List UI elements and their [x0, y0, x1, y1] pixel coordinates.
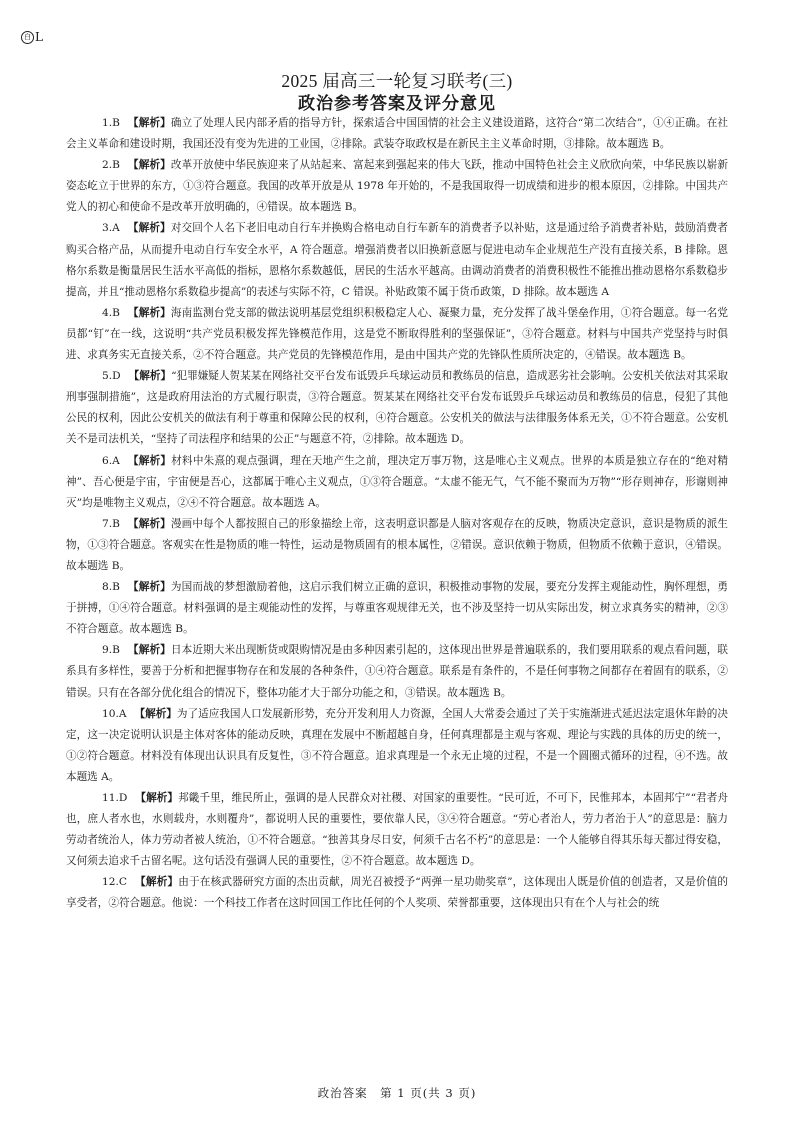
question-number: 10.A [102, 708, 127, 720]
corner-mark-text: L [35, 30, 43, 44]
analysis-tag: 【解析】 [135, 876, 178, 888]
answer-item: 7.B【解析】漫画中每个人都按照自己的形象描绘上帝，这表明意识都是人脑对客观存在… [66, 514, 728, 577]
question-number: 8.B [102, 581, 120, 593]
answer-item: 11.D【解析】邦畿千里，维民所止，强调的是人民群众对社稷、对国家的重要性。“民… [66, 788, 728, 872]
exam-title: 2025 届高三一轮复习联考(三) [0, 70, 794, 92]
answer-item: 6.A【解析】材料中朱熹的观点强调，理在天地产生之前，理决定万事万物，这是唯心主… [66, 451, 728, 514]
analysis-tag: 【解析】 [128, 159, 171, 171]
answer-item: 1.B【解析】确立了处理人民内部矛盾的指导方针，探索适合中国国情的社会主义建设道… [66, 113, 728, 155]
analysis-tag: 【解析】 [128, 117, 171, 129]
question-number: 1.B [102, 117, 120, 129]
answer-list: 1.B【解析】确立了处理人民内部矛盾的指导方针，探索适合中国国情的社会主义建设道… [66, 113, 728, 915]
analysis-tag: 【解析】 [128, 644, 171, 656]
answer-item: 2.B【解析】改革开放使中华民族迎来了从站起来、富起来到强起来的伟大飞跃，推动中… [66, 155, 728, 218]
question-number: 6.A [102, 455, 120, 467]
analysis-tag: 【解析】 [129, 370, 171, 382]
page-footer: 政治答案 第 1 页(共 3 页) [0, 1085, 794, 1101]
question-number: 7.B [102, 518, 120, 530]
title-block: 2025 届高三一轮复习联考(三) 政治参考答案及评分意见 [0, 70, 794, 116]
answer-item: 5.D【解析】“犯罪嫌疑人贺某某在网络社交平台发布诋毁乒乓球运动员和教练员的信息… [66, 366, 728, 450]
question-number: 11.D [102, 792, 127, 804]
question-number: 2.B [102, 159, 120, 171]
analysis-tag: 【解析】 [128, 581, 171, 593]
circled-char-icon: 白 [21, 31, 34, 44]
question-number: 3.A [102, 222, 120, 234]
question-number: 12.C [102, 876, 127, 888]
analysis-tag: 【解析】 [128, 222, 171, 234]
question-number: 5.D [102, 370, 121, 382]
answer-item: 12.C【解析】由于在核武器研究方面的杰出贡献，周光召被授予“两弹一星功勋奖章”… [66, 872, 728, 914]
analysis-tag: 【解析】 [135, 792, 178, 804]
corner-mark: 白 L [21, 30, 43, 44]
analysis-tag: 【解析】 [135, 708, 177, 720]
answer-item: 10.A【解析】为了适应我国人口发展新形势，充分开发利用人力资源，全国人大常委会… [66, 704, 728, 788]
question-number: 9.B [102, 644, 120, 656]
analysis-tag: 【解析】 [128, 455, 171, 467]
analysis-tag: 【解析】 [128, 307, 171, 319]
answer-item: 3.A【解析】对交回个人名下老旧电动自行车并换购合格电动自行车新车的消费者予以补… [66, 218, 728, 302]
answer-item: 9.B【解析】日本近期大米出现断货或限购情况是由多种因素引起的，这体现出世界是普… [66, 640, 728, 703]
answer-item: 4.B【解析】海南监测台党支部的做法说明基层党组织积极稳定人心、凝聚力量，充分发… [66, 303, 728, 366]
analysis-tag: 【解析】 [128, 518, 171, 530]
question-number: 4.B [102, 307, 120, 319]
answer-item: 8.B【解析】为国而战的梦想激励着他，这启示我们树立正确的意识，积极推动事物的发… [66, 577, 728, 640]
